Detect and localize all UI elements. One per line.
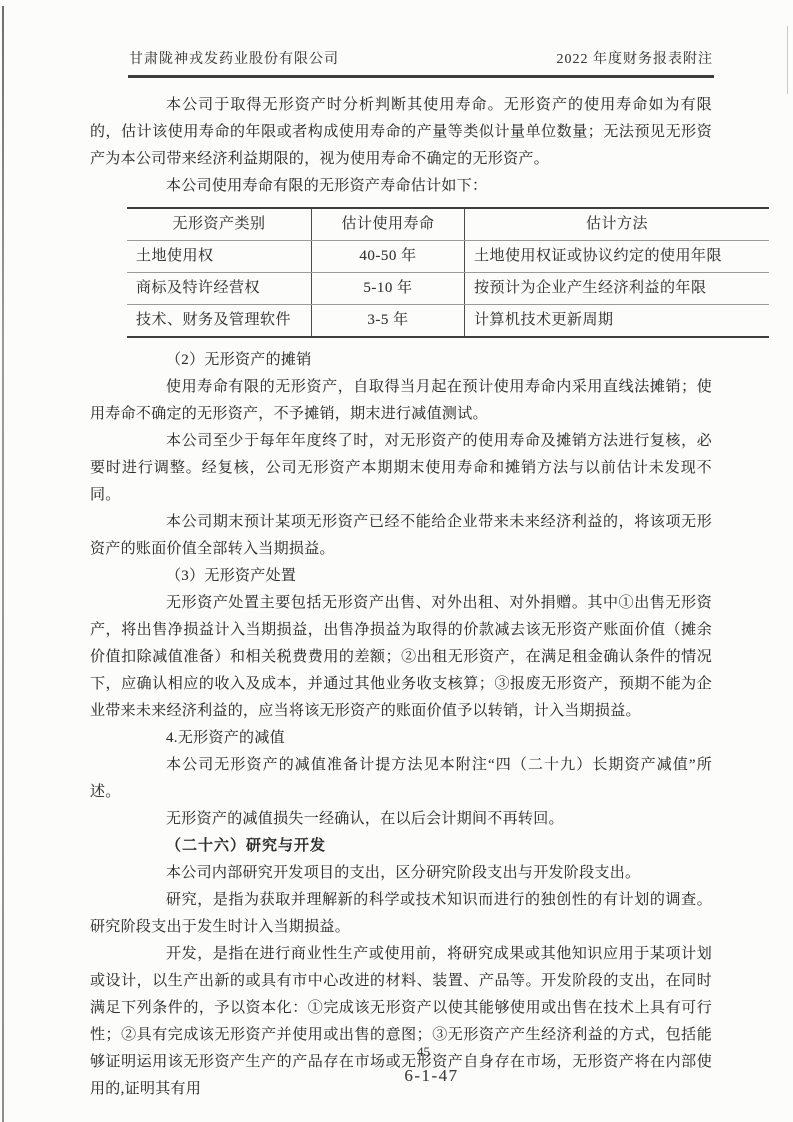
scan-edge-artifact-right (787, 26, 788, 94)
cell-estimation-method: 计算机技术更新周期 (465, 305, 770, 338)
amortization-paragraph: 使用寿命有限的无形资产，自取得当月起在预计使用寿命内采用直线法摊销；使用寿命不确… (90, 374, 712, 428)
column-header-category: 无形资产类别 (127, 208, 312, 241)
intangible-useful-life-paragraph: 本公司于取得无形资产时分析判断其使用寿命。无形资产的使用寿命如为有限的，估计该使… (90, 92, 712, 173)
report-header: 甘肃陇神戎发药业股份有限公司 2022 年度财务报表附注 (129, 48, 713, 75)
cell-estimated-life: 40-50 年 (312, 241, 465, 273)
scan-edge-artifact-left (2, 6, 4, 1122)
useful-life-table: 无形资产类别 估计使用寿命 估计方法 土地使用权 40-50 年 土地使用权证或… (127, 207, 769, 338)
cell-category: 技术、财务及管理软件 (127, 305, 312, 338)
amortization-review-paragraph: 本公司至少于每年年度终了时，对无形资产的使用寿命及摊销方法进行复核，必要时进行调… (90, 428, 712, 509)
cell-category: 土地使用权 (127, 241, 312, 273)
table-row: 土地使用权 40-50 年 土地使用权证或协议约定的使用年限 (127, 241, 769, 273)
cell-estimation-method: 土地使用权证或协议约定的使用年限 (465, 241, 770, 273)
table-row: 商标及特许经营权 5-10 年 按预计为企业产生经济利益的年限 (127, 273, 769, 305)
amortization-heading: （2）无形资产的摊销 (90, 347, 712, 374)
company-name: 甘肃陇神戎发药业股份有限公司 (129, 48, 339, 68)
useful-life-table-lead-in: 本公司使用寿命有限的无形资产寿命估计如下： (90, 173, 712, 200)
research-definition-paragraph: 研究，是指为获取并理解新的科学或技术知识而进行的独创性的有计划的调查。研究阶段支… (90, 887, 712, 941)
impairment-heading: 4.无形资产的减值 (90, 725, 712, 752)
table-header-row: 无形资产类别 估计使用寿命 估计方法 (127, 208, 769, 241)
column-header-estimated-life: 估计使用寿命 (312, 208, 465, 241)
impairment-method-paragraph: 本公司无形资产的减值准备计提方法见本附注“四（二十九）长期资产减值”所述。 (90, 752, 712, 806)
research-development-heading: （二十六）研究与开发 (90, 833, 712, 860)
disposal-paragraph: 无形资产处置主要包括无形资产出售、对外出租、对外捐赠。其中①出售无形资产，将出售… (90, 590, 712, 725)
cell-estimation-method: 按预计为企业产生经济利益的年限 (465, 273, 770, 305)
cell-estimated-life: 3-5 年 (312, 305, 465, 338)
impairment-reversal-paragraph: 无形资产的减值损失一经确认，在以后会计期间不再转回。 (90, 806, 712, 833)
rd-expenditure-paragraph: 本公司内部研究开发项目的支出，区分研究阶段支出与开发阶段支出。 (90, 860, 712, 887)
cell-category: 商标及特许经营权 (127, 273, 312, 305)
disposal-heading: （3）无形资产处置 (90, 563, 712, 590)
document-page: 甘肃陇神戎发药业股份有限公司 2022 年度财务报表附注 本公司于取得无形资产时… (0, 0, 793, 1122)
table-row: 技术、财务及管理软件 3-5 年 计算机技术更新周期 (127, 305, 769, 338)
report-title: 2022 年度财务报表附注 (557, 48, 714, 68)
document-page-code: 6-1-47 (35, 1066, 793, 1086)
amortization-writeoff-paragraph: 本公司期末预计某项无形资产已经不能给企业带来未来经济利益的，将该项无形资产的账面… (90, 509, 712, 563)
header-rule (128, 75, 714, 78)
cell-estimated-life: 5-10 年 (312, 273, 465, 305)
column-header-estimation-method: 估计方法 (465, 208, 770, 241)
document-body: 本公司于取得无形资产时分析判断其使用寿命。无形资产的使用寿命如为有限的，估计该使… (90, 92, 712, 1103)
page-number: 45 (27, 1044, 793, 1060)
